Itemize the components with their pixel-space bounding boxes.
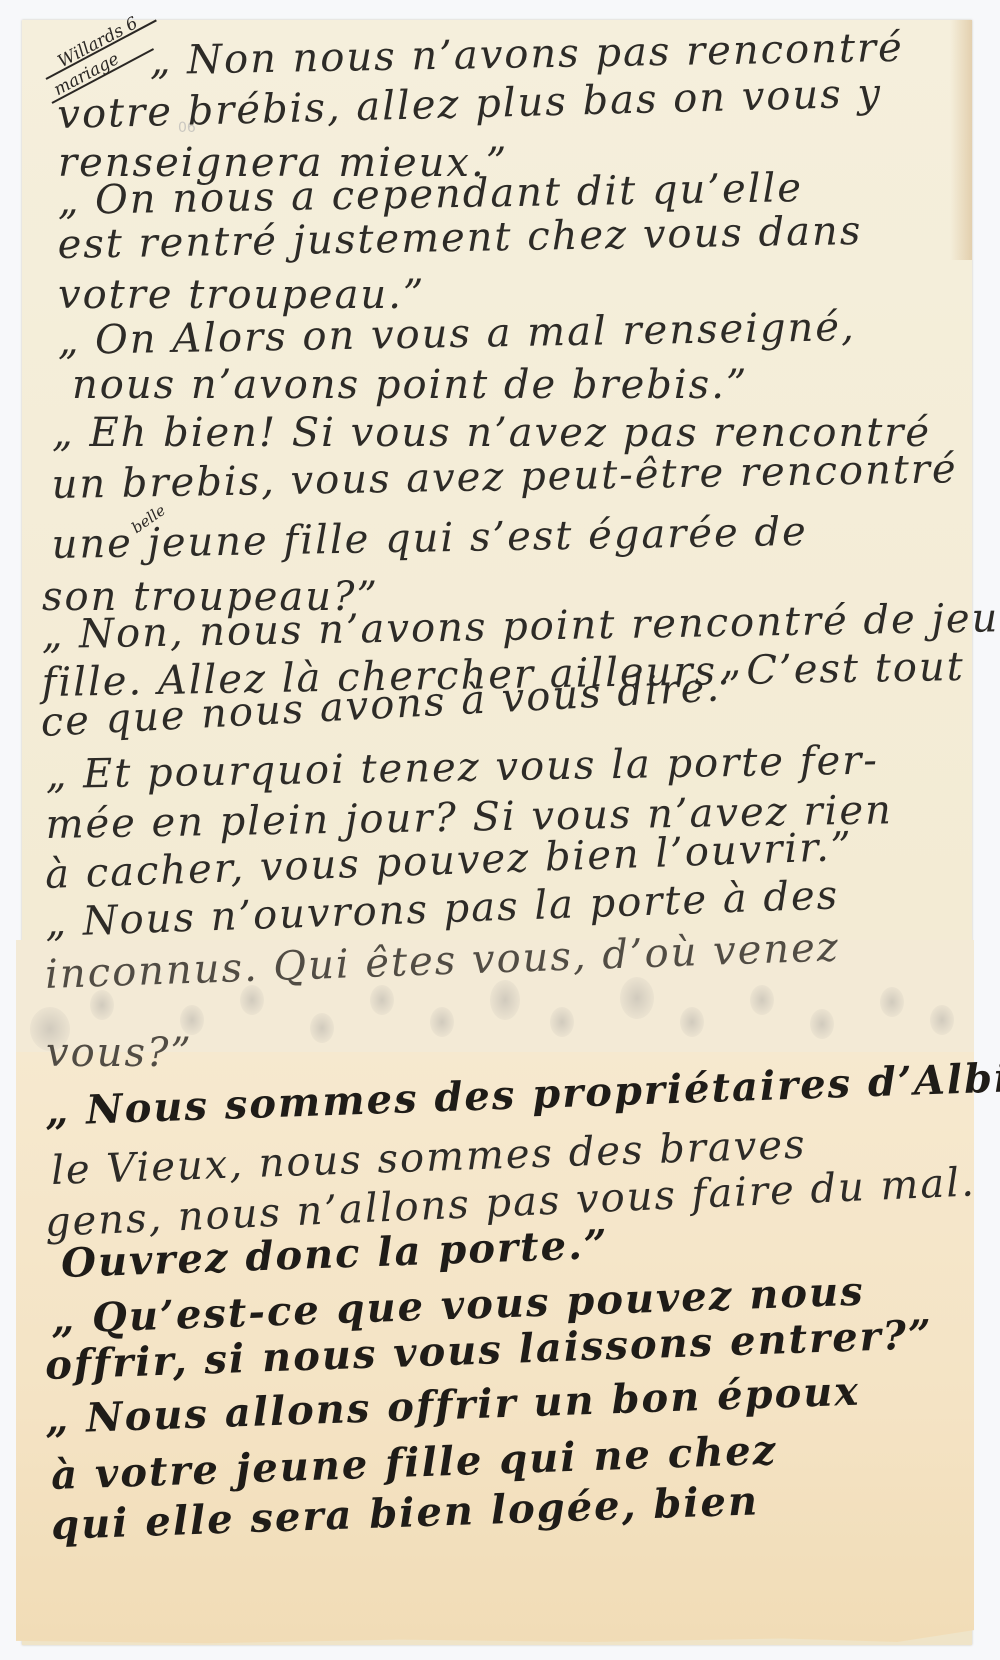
text-line: votre troupeau.” (58, 272, 425, 318)
manuscript-text: „ Non nous n’avons pas rencontré votre b… (0, 0, 1000, 1660)
text-line: une jeune fille qui s’est égarée de (51, 509, 808, 568)
text-line: vous?” (46, 1030, 193, 1076)
text-line: nous n’avons point de brebis.” (72, 362, 748, 408)
